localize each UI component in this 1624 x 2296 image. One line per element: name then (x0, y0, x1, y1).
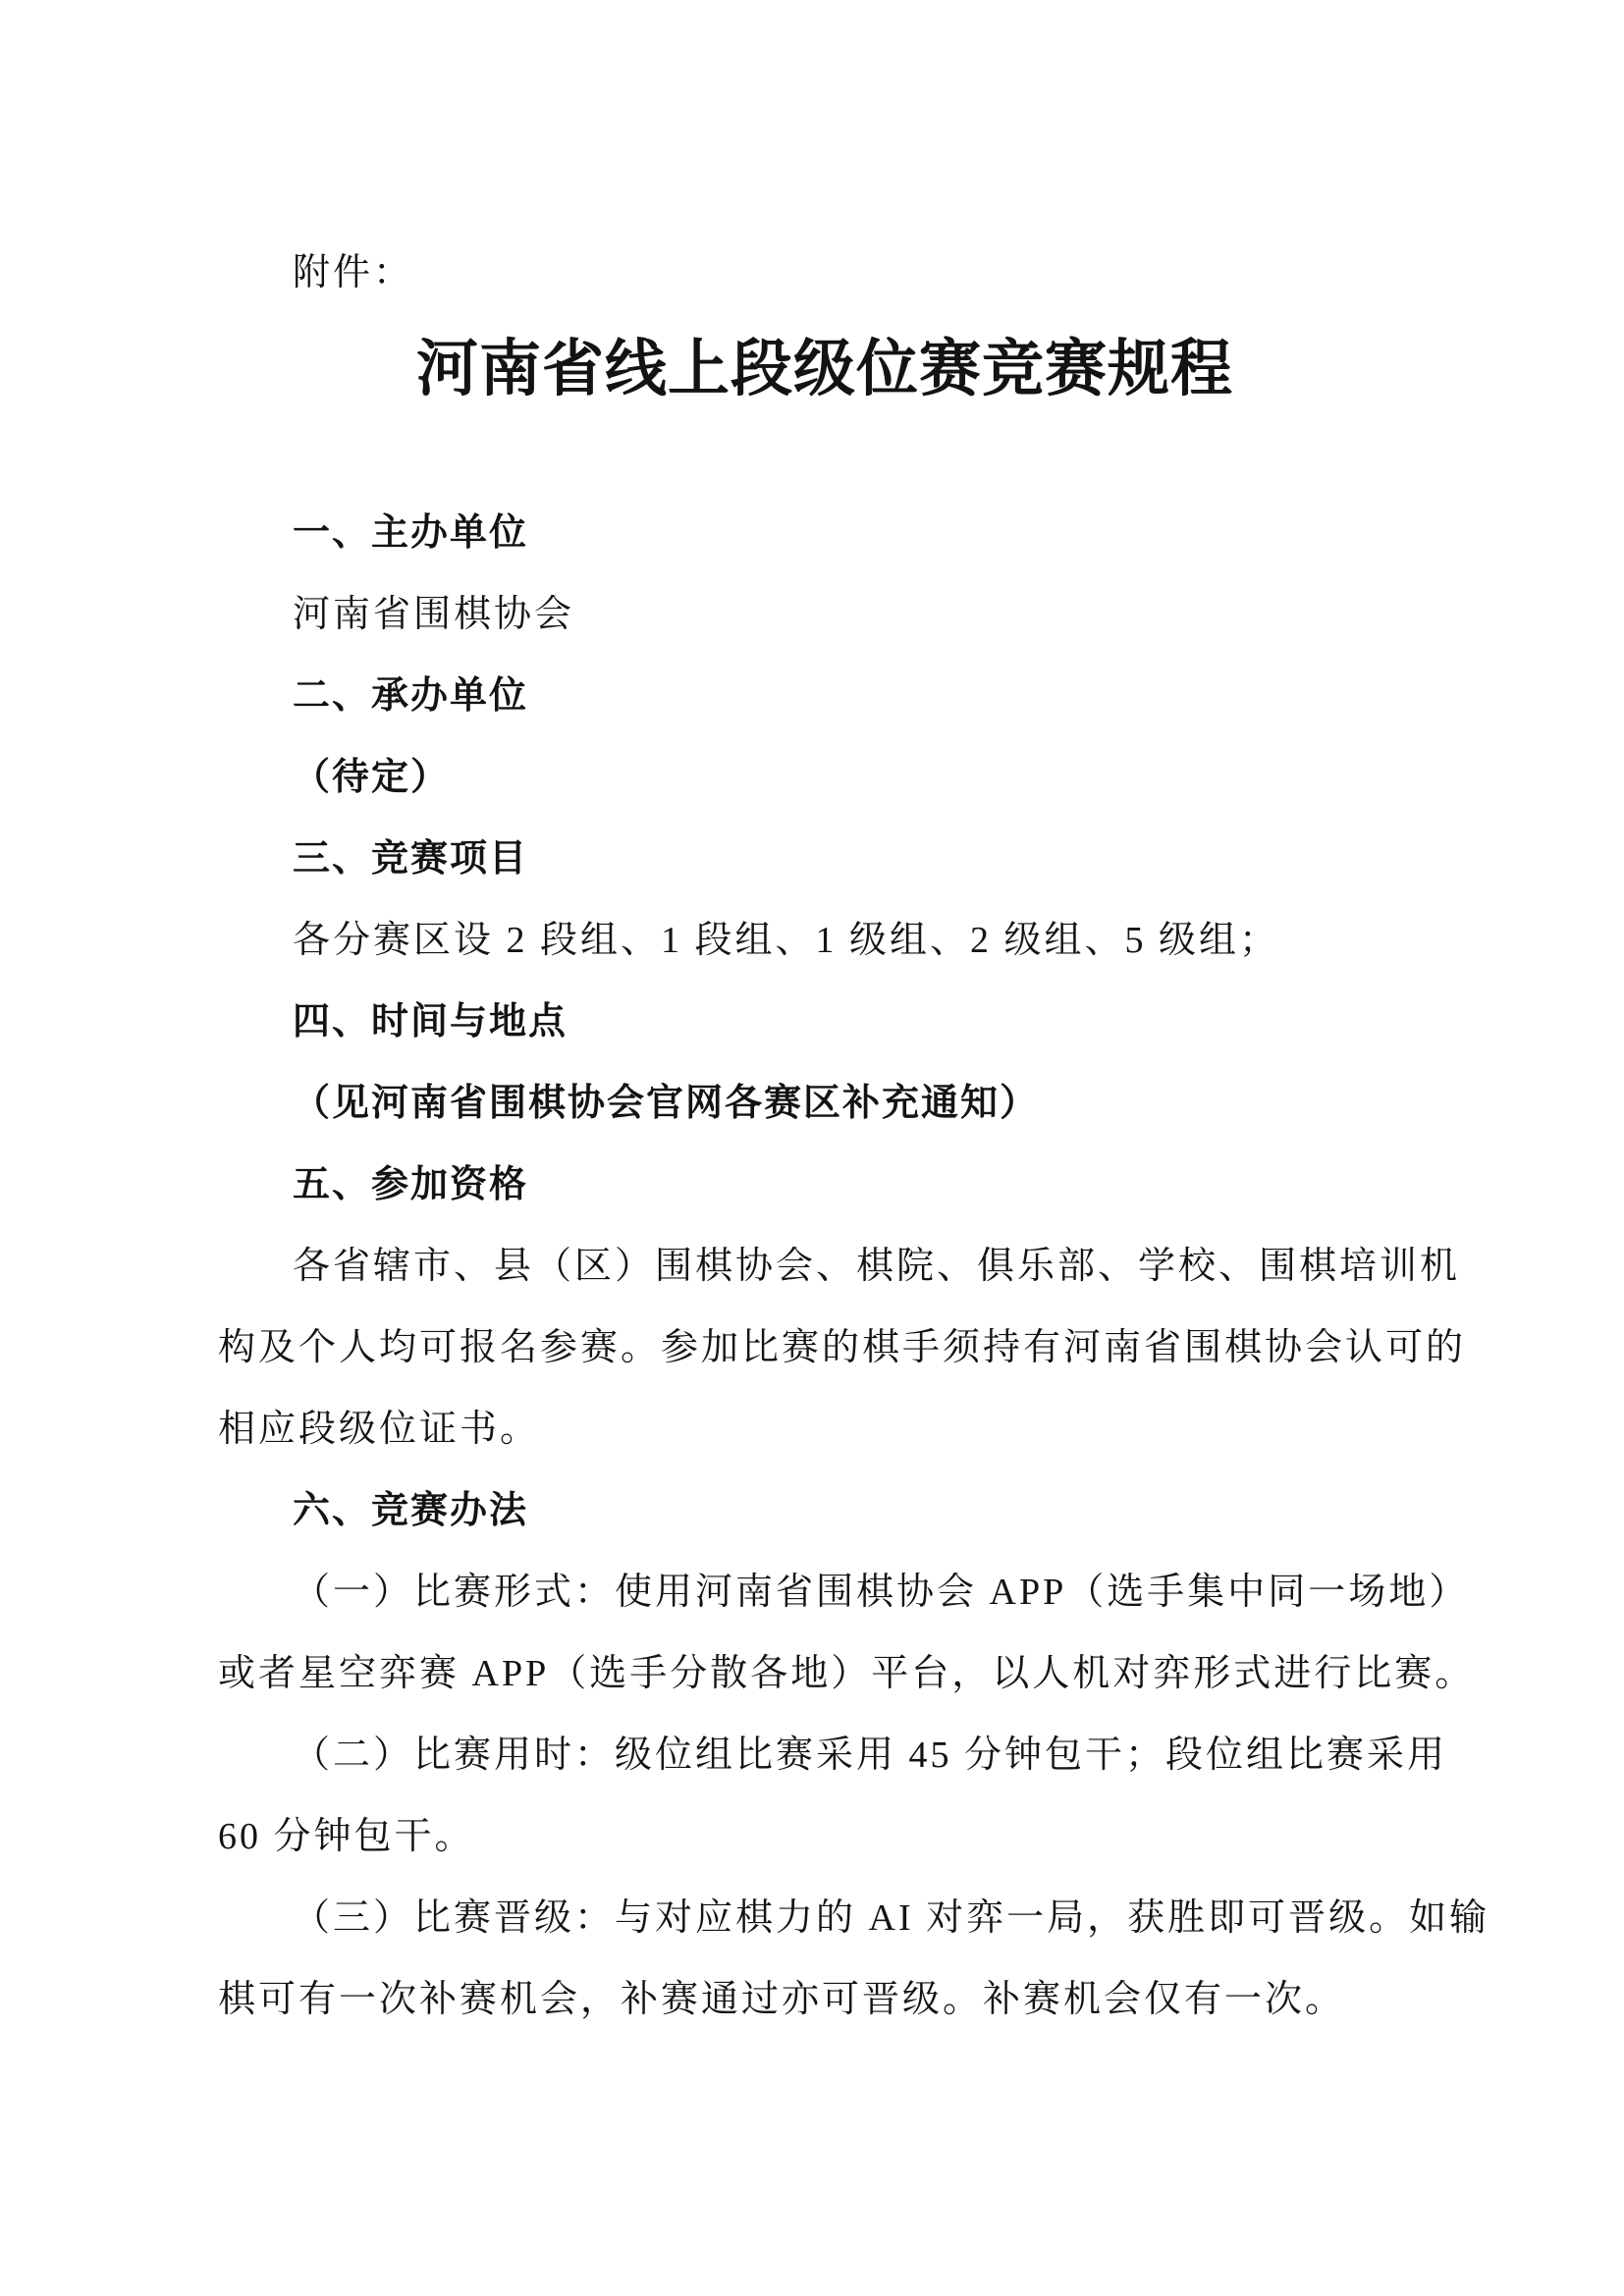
document-title: 河南省线上段级位赛竞赛规程 (218, 314, 1432, 424)
paragraph-method-3-line-1: （三）比赛晋级：与对应棋力的 AI 对弈一局，获胜即可晋级。如输 (218, 1878, 1432, 1959)
section-heading-4: 四、时间与地点 (218, 982, 1432, 1063)
document-page: 附件： 河南省线上段级位赛竞赛规程 一、主办单位 河南省围棋协会 二、承办单位 … (0, 0, 1624, 2296)
section-heading-2: 二、承办单位 (218, 656, 1432, 737)
paragraph-eligibility-line-1: 各省辖市、县（区）围棋协会、棋院、俱乐部、学校、围棋培训机 (218, 1226, 1432, 1308)
section-heading-1: 一、主办单位 (218, 493, 1432, 574)
paragraph-undertaker-tbd: （待定） (218, 737, 1432, 819)
paragraph-eligibility-line-3: 相应段级位证书。 (218, 1389, 1432, 1470)
paragraph-time-place-note: （见河南省围棋协会官网各赛区补充通知） (218, 1063, 1432, 1145)
paragraph-method-1-line-2: 或者星空弈赛 APP（选手分散各地）平台，以人机对弈形式进行比赛。 (218, 1633, 1432, 1715)
section-heading-5: 五、参加资格 (218, 1145, 1432, 1226)
section-heading-3: 三、竞赛项目 (218, 819, 1432, 900)
section-heading-6: 六、竞赛办法 (218, 1470, 1432, 1552)
paragraph-eligibility-line-2: 构及个人均可报名参赛。参加比赛的棋手须持有河南省围棋协会认可的 (218, 1308, 1432, 1389)
attachment-label: 附件： (218, 233, 1432, 314)
paragraph-method-1-line-1: （一）比赛形式：使用河南省围棋协会 APP（选手集中同一场地） (218, 1552, 1432, 1633)
paragraph-organizer: 河南省围棋协会 (218, 574, 1432, 656)
paragraph-method-3-line-2: 棋可有一次补赛机会，补赛通过亦可晋级。补赛机会仅有一次。 (218, 1959, 1432, 2041)
paragraph-method-2-line-2: 60 分钟包干。 (218, 1796, 1432, 1878)
paragraph-events: 各分赛区设 2 段组、1 段组、1 级组、2 级组、5 级组； (218, 900, 1432, 982)
paragraph-method-2-line-1: （二）比赛用时：级位组比赛采用 45 分钟包干；段位组比赛采用 (218, 1715, 1432, 1796)
document-content: 附件： 河南省线上段级位赛竞赛规程 一、主办单位 河南省围棋协会 二、承办单位 … (218, 233, 1432, 2041)
